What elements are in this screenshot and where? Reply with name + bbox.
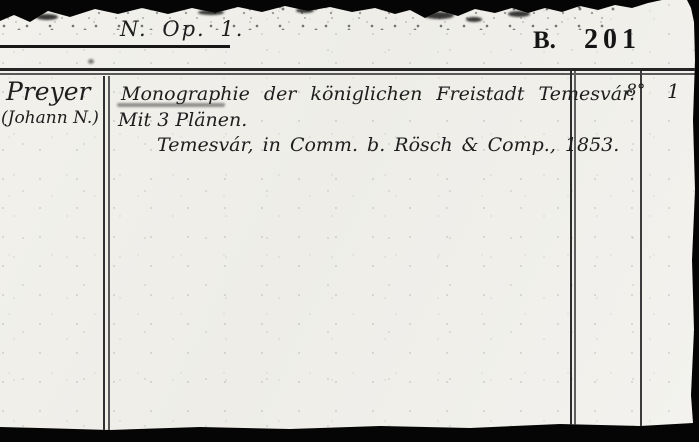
ink-smudge-under-title bbox=[117, 103, 225, 107]
entry-imprint-line: Temesvár, in Comm. b. Rösch & Comp., 185… bbox=[157, 134, 619, 156]
entry-author-forename: (Johann N.) bbox=[1, 108, 99, 128]
ink-blotch bbox=[466, 17, 482, 22]
paper-sheet: N. Op. 1. B. 201 Preyer (Johann N.) Mono… bbox=[0, 0, 699, 442]
table-top-rule-inner bbox=[0, 73, 699, 75]
ink-blotch bbox=[296, 8, 314, 13]
ink-blotch bbox=[36, 14, 58, 20]
ink-speck bbox=[88, 59, 94, 64]
entry-title-line2: Mit 3 Plänen. bbox=[118, 109, 247, 131]
ink-blotch bbox=[508, 11, 530, 17]
format-column-divider-a bbox=[570, 71, 572, 427]
format-column-divider-b bbox=[574, 71, 576, 427]
count-column-divider bbox=[640, 71, 642, 426]
author-column-divider-b bbox=[108, 76, 110, 430]
entry-author-surname: Preyer bbox=[6, 77, 90, 106]
note-underline bbox=[0, 45, 230, 48]
section-letter: B. bbox=[533, 27, 556, 55]
header-shelfmark-note: N. Op. 1. bbox=[120, 17, 244, 41]
ink-blotch bbox=[424, 12, 454, 19]
author-column-divider-a bbox=[103, 76, 105, 430]
entry-copy-count: 1 bbox=[667, 79, 680, 103]
entry-title-line1: Monographie der königlichen Freistadt Te… bbox=[121, 83, 635, 105]
table-top-rule-outer bbox=[0, 68, 699, 71]
page-number: 201 bbox=[584, 24, 641, 56]
torn-edge-fringe bbox=[0, 4, 620, 30]
ink-blotch bbox=[198, 10, 224, 15]
scanned-register-page: N. Op. 1. B. 201 Preyer (Johann N.) Mono… bbox=[0, 0, 699, 442]
entry-format: 8° bbox=[626, 81, 645, 101]
